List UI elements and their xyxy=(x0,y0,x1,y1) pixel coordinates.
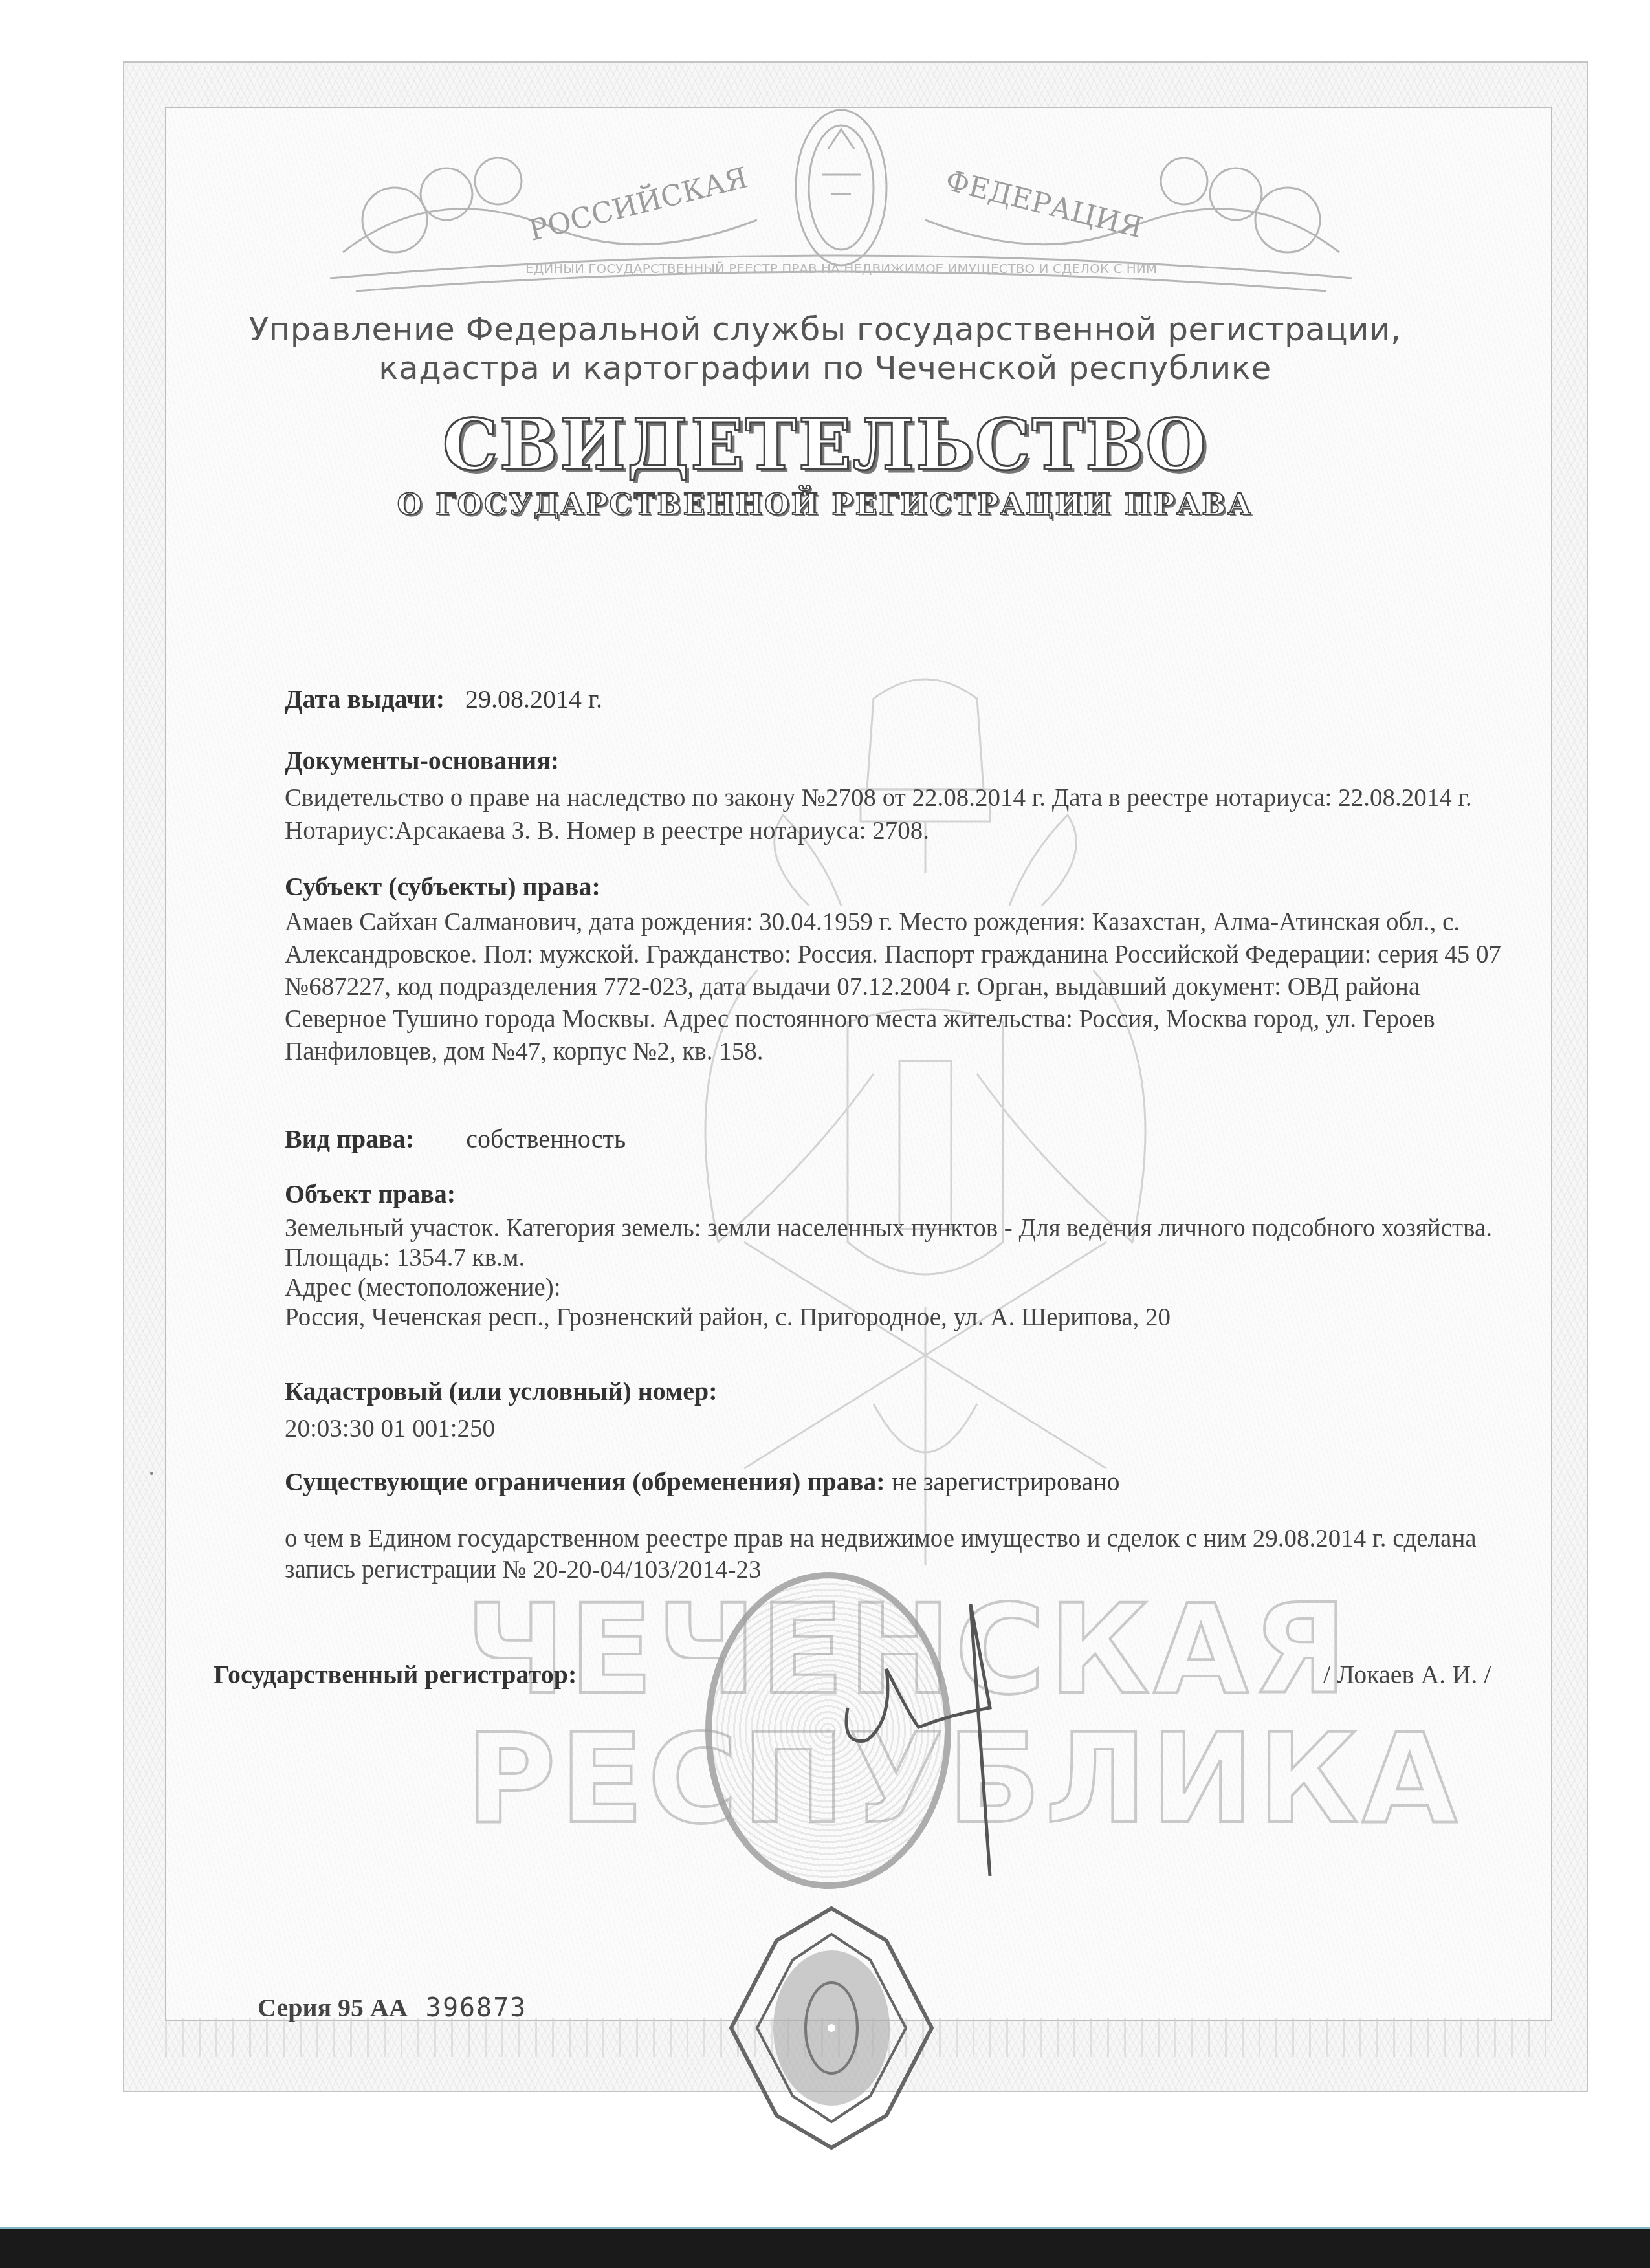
series-number: Серия 95 АА 396873 xyxy=(258,1992,527,2023)
subjects-value: Амаев Сайхан Салманович, дата рождения: … xyxy=(285,906,1501,1068)
series-label: Серия 95 АА xyxy=(258,1993,408,2022)
certificate-subtitle: О ГОСУДАРСТВЕННОЙ РЕГИСТРАЦИИ ПРАВА xyxy=(0,488,1650,521)
basis-documents-label: Документы-основания: xyxy=(285,744,1501,778)
object-field: Объект права: Земельный участок. Категор… xyxy=(285,1177,1501,1333)
issue-date-label: Дата выдачи: xyxy=(285,684,445,714)
agency-name-line-1: Управление Федеральной службы государств… xyxy=(0,311,1650,348)
encumbrances-field: Существующие ограничения (обременения) п… xyxy=(285,1465,1120,1499)
svg-text:РОССИЙСКАЯ: РОССИЙСКАЯ xyxy=(525,159,751,247)
issue-date-field: Дата выдачи: 29.08.2014 г. xyxy=(285,682,602,716)
scanner-edge xyxy=(0,2227,1650,2268)
object-description: Земельный участок. Категория земель: зем… xyxy=(285,1214,1501,1273)
object-label: Объект права: xyxy=(285,1177,1501,1211)
cadastral-field: Кадастровый (или условный) номер: 20:03:… xyxy=(285,1375,1501,1445)
issue-date-value: 29.08.2014 г. xyxy=(465,684,602,714)
cadastral-label: Кадастровый (или условный) номер: xyxy=(285,1375,1501,1408)
series-digits: 396873 xyxy=(426,1993,527,2023)
right-type-value: собственность xyxy=(466,1124,626,1153)
scan-speck xyxy=(150,1472,153,1475)
registrar-name: / Локаев А. И. / xyxy=(1323,1659,1491,1690)
banner-emblem-icon: РОССИЙСКАЯ ФЕДЕРАЦИЯ ЕДИНЫЙ ГОСУДАРСТВЕН… xyxy=(304,104,1378,298)
guilloche-rosette-icon xyxy=(718,1902,945,2154)
right-type-label: Вид права: xyxy=(285,1124,414,1153)
registry-record: о чем в Едином государственном реестре п… xyxy=(285,1523,1501,1586)
certificate-title: СВИДЕТЕЛЬСТВО xyxy=(0,404,1650,486)
registrar-label: Государственный регистратор: xyxy=(214,1659,577,1690)
basis-documents-field: Документы-основания: Свидетельство о пра… xyxy=(285,744,1501,847)
cadastral-number: 20:03:30 01 001:250 xyxy=(285,1412,1501,1445)
object-address-label: Адрес (местоположение): xyxy=(285,1273,1501,1303)
federation-banner-ornament: РОССИЙСКАЯ ФЕДЕРАЦИЯ ЕДИНЫЙ ГОСУДАРСТВЕН… xyxy=(304,104,1378,298)
object-address: Россия, Чеченская респ., Грозненский рай… xyxy=(285,1303,1501,1333)
subjects-label: Субъект (субъекты) права: xyxy=(285,870,1501,904)
svg-text:ФЕДЕРАЦИЯ: ФЕДЕРАЦИЯ xyxy=(942,164,1146,245)
subjects-field: Субъект (субъекты) права: Амаев Сайхан С… xyxy=(285,870,1501,1068)
right-type-field: Вид права: собственность xyxy=(285,1122,626,1156)
basis-documents-value: Свидетельство о праве на наследство по з… xyxy=(285,781,1501,847)
registrar-signature-icon xyxy=(822,1591,1094,1876)
encumbrances-value: не зарегистрировано xyxy=(892,1467,1120,1496)
agency-name-line-2: кадастра и картографии по Чеченской респ… xyxy=(0,349,1650,387)
svg-text:ЕДИНЫЙ ГОСУДАРСТВЕННЫЙ РЕЕСТР: ЕДИНЫЙ ГОСУДАРСТВЕННЫЙ РЕЕСТР ПРАВ НА НЕ… xyxy=(525,261,1157,276)
encumbrances-label: Существующие ограничения (обременения) п… xyxy=(285,1467,885,1496)
